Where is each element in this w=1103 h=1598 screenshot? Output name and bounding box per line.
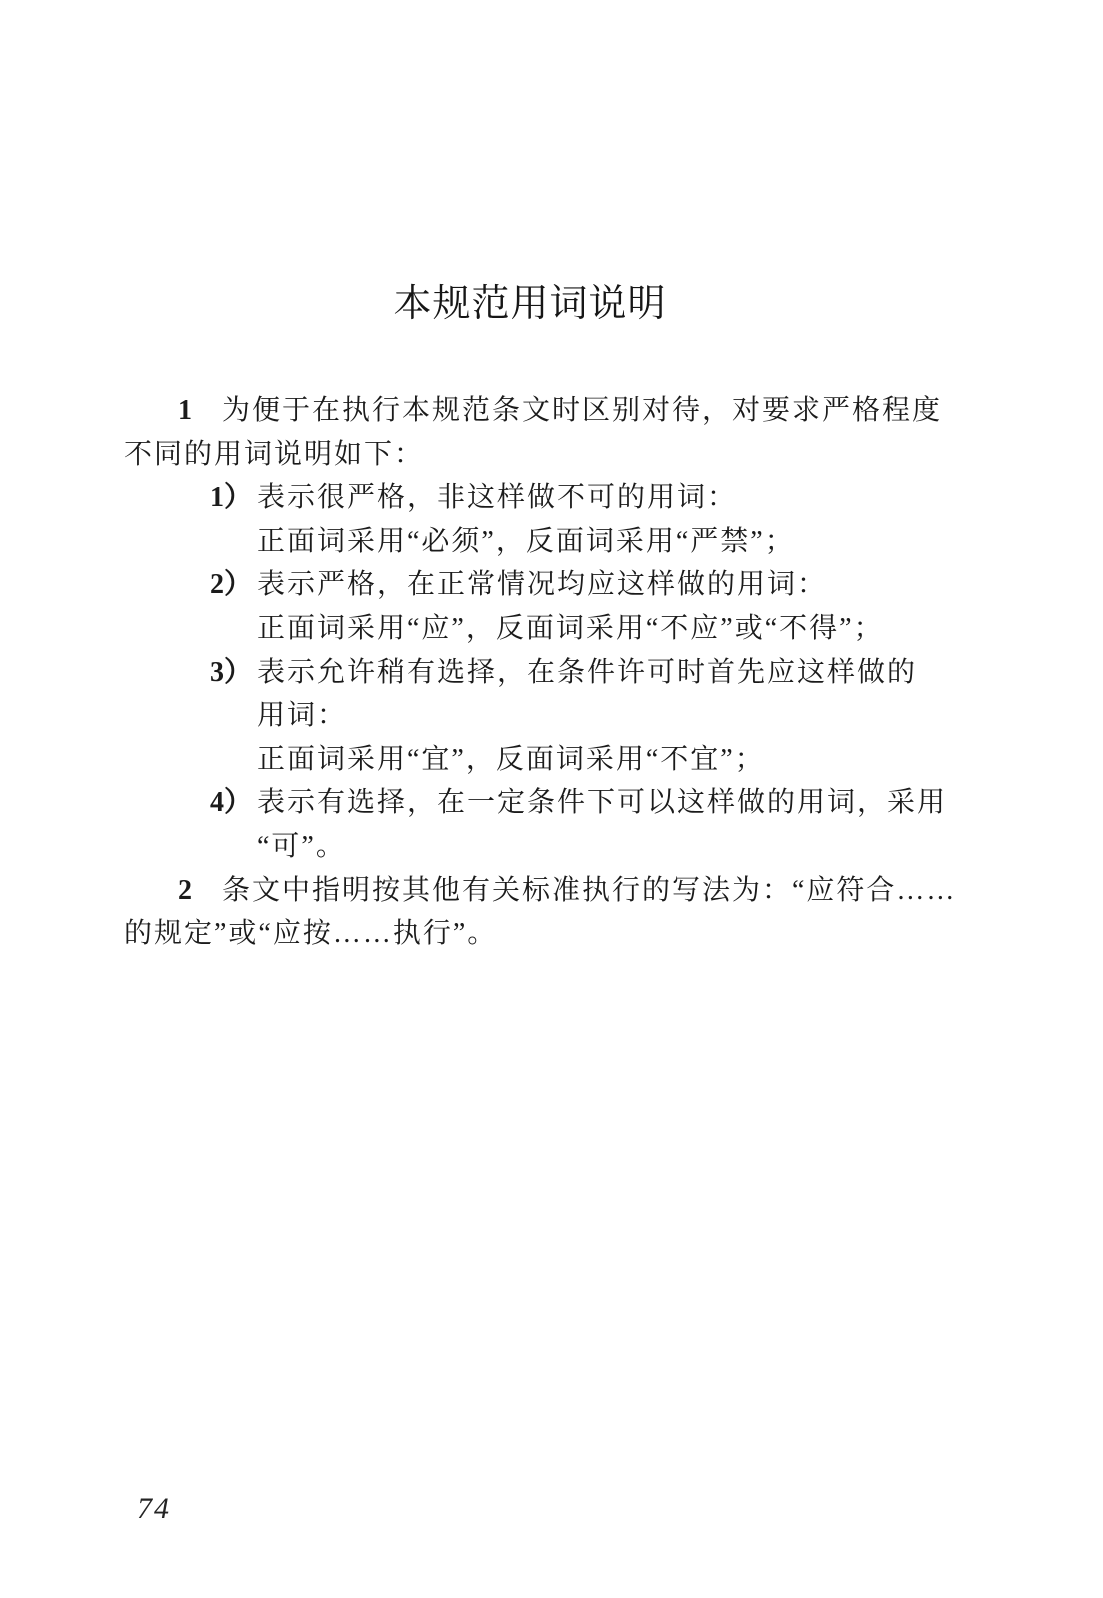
list-item-1-line-1: 1）表示很严格，非这样做不可的用词： <box>124 476 944 520</box>
list-item-4-text: 表示有选择，在一定条件下可以这样做的用词，采用 <box>257 787 947 818</box>
list-item-4-number: 4） <box>210 781 257 825</box>
paragraph-1-text: 为便于在执行本规范条文时区别对待，对要求严格程度 <box>222 395 942 426</box>
list-item-1-text: 表示很严格，非这样做不可的用词： <box>257 482 737 513</box>
list-item-4-line-1: 4）表示有选择，在一定条件下可以这样做的用词，采用 <box>124 781 944 825</box>
page-number: 74 <box>137 1492 171 1526</box>
paragraph-1-line-1: 1为便于在执行本规范条文时区别对待，对要求严格程度 <box>124 389 944 433</box>
document-page: 本规范用词说明 1为便于在执行本规范条文时区别对待，对要求严格程度 不同的用词说… <box>0 0 1103 1598</box>
list-item-3-line-1: 3）表示允许稍有选择，在条件许可时首先应这样做的 <box>124 651 944 695</box>
list-item-1-line-2: 正面词采用“必须”，反面词采用“严禁”； <box>124 520 944 564</box>
list-item-2-line-2: 正面词采用“应”，反面词采用“不应”或“不得”； <box>124 607 944 651</box>
document-title: 本规范用词说明 <box>124 272 936 327</box>
paragraph-2-line-1: 2条文中指明按其他有关标准执行的写法为：“应符合…… <box>124 869 944 913</box>
list-item-3-number: 3） <box>210 651 257 695</box>
list-item-2-text: 表示严格，在正常情况均应这样做的用词： <box>257 569 827 600</box>
list-item-3-line-2: 用词： <box>124 694 944 738</box>
paragraph-1-number: 1 <box>178 389 222 433</box>
paragraph-2-text: 条文中指明按其他有关标准执行的写法为：“应符合…… <box>222 875 956 906</box>
list-item-4-line-2: “可”。 <box>124 825 944 869</box>
paragraph-2-line-2: 的规定”或“应按……执行”。 <box>124 912 944 956</box>
list-item-3-line-3: 正面词采用“宜”，反面词采用“不宜”； <box>124 738 944 782</box>
paragraph-1-line-2: 不同的用词说明如下： <box>124 433 944 477</box>
list-item-3-text: 表示允许稍有选择，在条件许可时首先应这样做的 <box>257 657 917 688</box>
paragraph-2-number: 2 <box>178 869 222 913</box>
list-item-2-line-1: 2）表示严格，在正常情况均应这样做的用词： <box>124 563 944 607</box>
list-item-1-number: 1） <box>210 476 257 520</box>
list-item-2-number: 2） <box>210 563 257 607</box>
document-body: 1为便于在执行本规范条文时区别对待，对要求严格程度 不同的用词说明如下： 1）表… <box>124 389 944 956</box>
